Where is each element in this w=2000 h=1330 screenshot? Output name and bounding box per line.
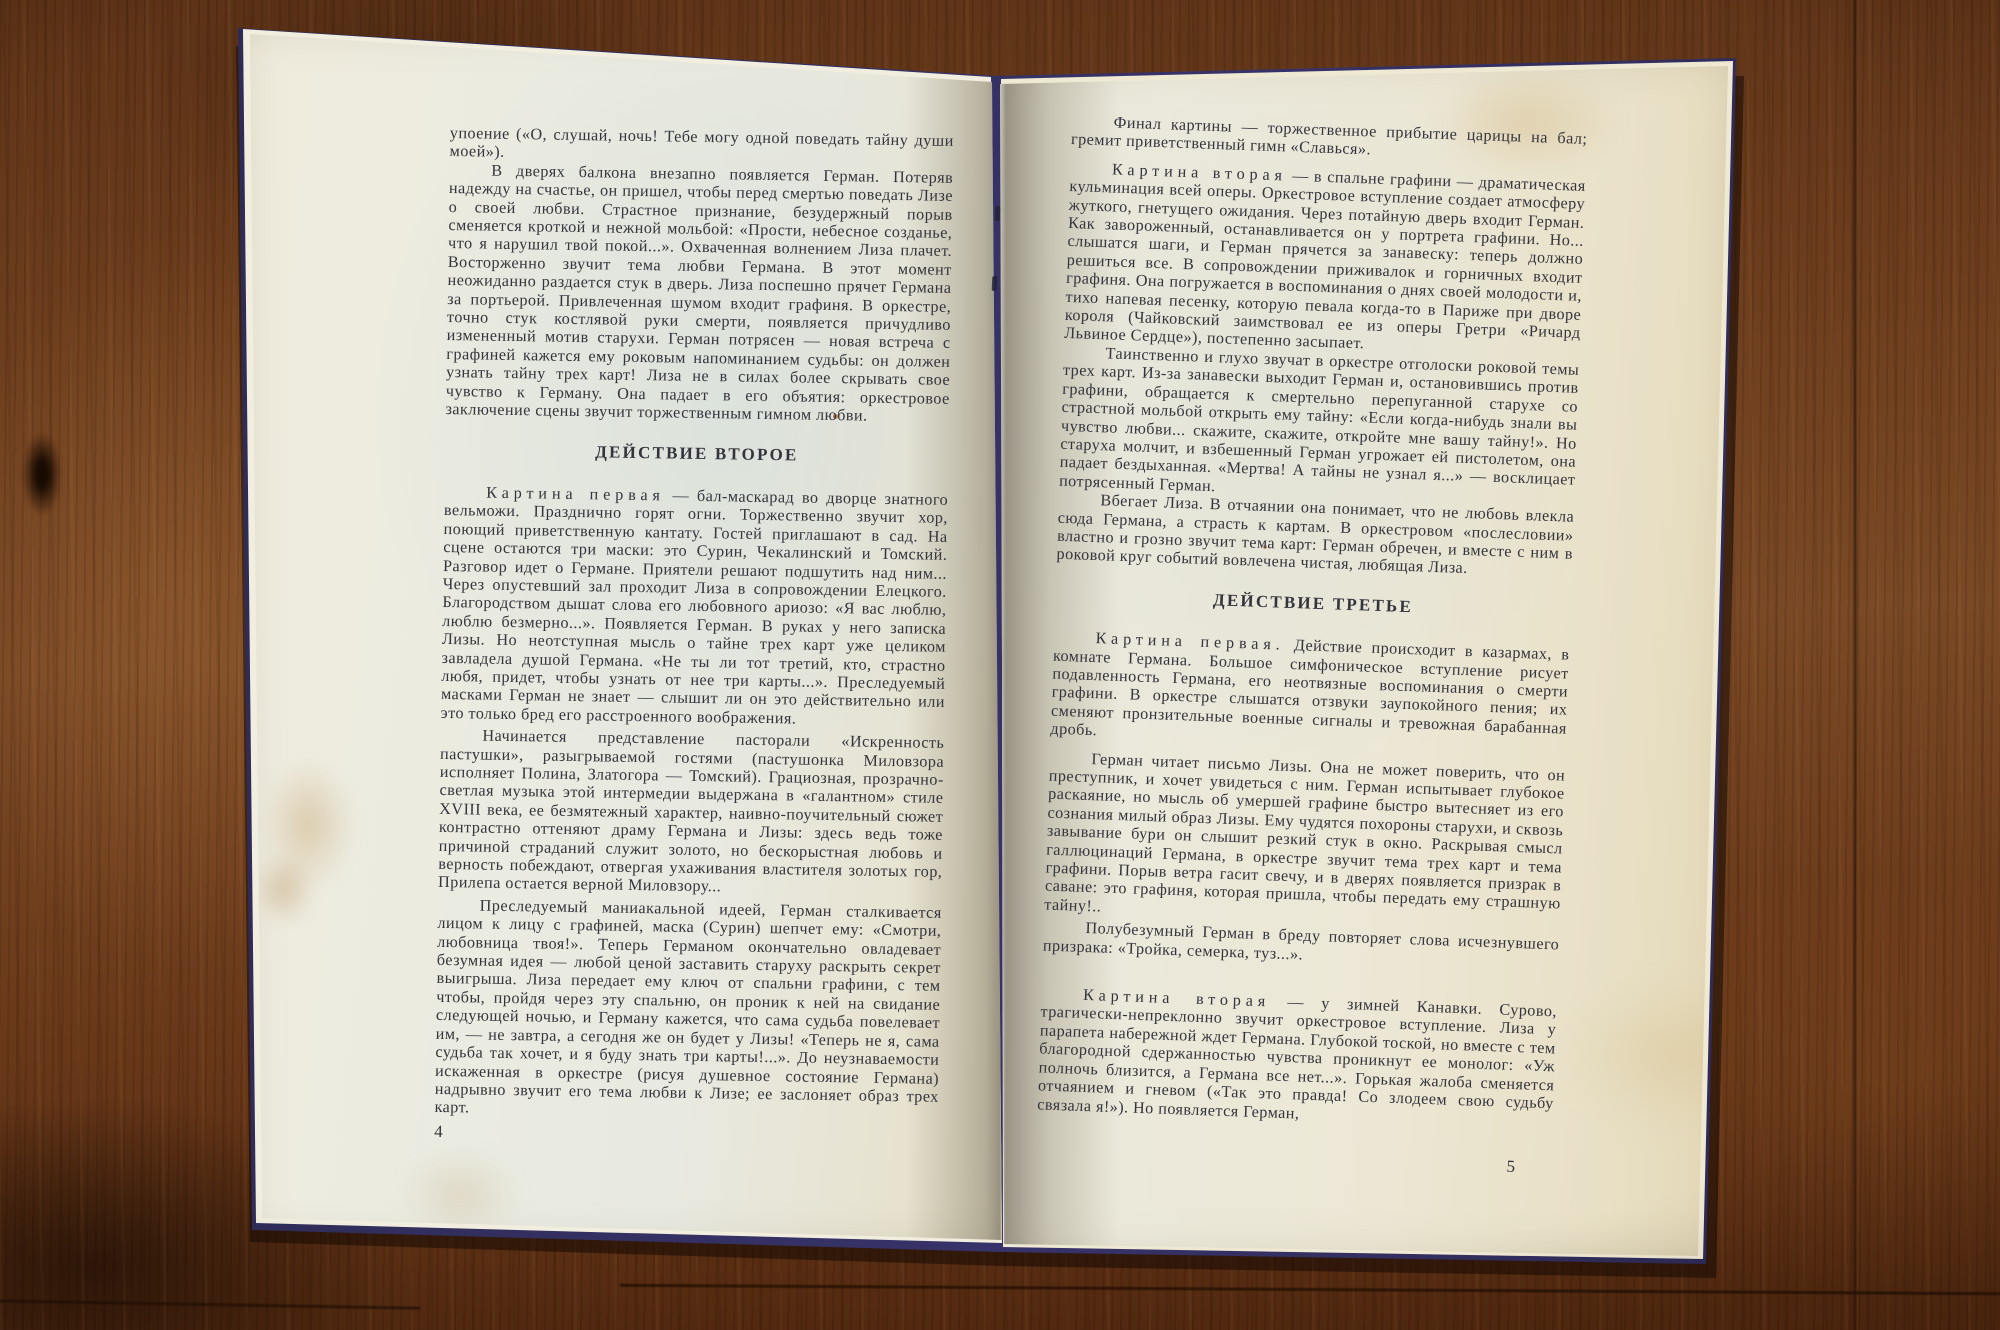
binding-stitch xyxy=(995,206,1001,221)
right-page-text: Финал картины — торжественное прибытие ц… xyxy=(1035,112,1587,1178)
paragraph: Картина вторая — у зимней Канавки. Суров… xyxy=(1037,985,1557,1132)
left-page-text: упоение («О, слушай, ночь! Тебе могу одн… xyxy=(434,124,954,1149)
act-three-heading: ДЕЙСТВИЕ ТРЕТЬЕ xyxy=(1055,585,1571,621)
paragraph: Картина вторая — в спальне графини — дра… xyxy=(1064,159,1586,361)
paragraph: Начинается представление пасторали «Искр… xyxy=(438,726,945,900)
paragraph-text: Действие происходит в казармах, в комнат… xyxy=(1050,636,1570,740)
scene-title: Картина первая xyxy=(486,484,665,505)
paragraph: Таинственно и глухо звучат в оркестре от… xyxy=(1059,343,1580,508)
binding-stitch xyxy=(992,276,998,291)
act-two-heading: ДЕЙСТВИЕ ВТОРОЕ xyxy=(445,440,949,466)
wood-knot xyxy=(22,432,62,516)
paragraph-text: — бал-маскарад во дворце знатного вельмо… xyxy=(441,486,949,727)
photo-scene: упоение («О, слушай, ночь! Тебе могу одн… xyxy=(0,0,2000,1330)
paragraph: Картина первая. Действие происходит в ка… xyxy=(1050,628,1570,756)
paragraph-text: — у зимней Канавки. Сурово, трагически-н… xyxy=(1037,993,1557,1123)
paragraph: Картина первая — бал-маскарад во дворце … xyxy=(441,483,949,730)
paragraph: В дверях балкона внезапно появляется Гер… xyxy=(445,161,953,427)
paragraph: Преследуемый маниакальной идеей, Герман … xyxy=(434,896,941,1125)
paragraph: Герман читает письмо Лизы. Она не может … xyxy=(1044,748,1565,932)
paragraph-text: — в спальне графини — драматическая куль… xyxy=(1064,166,1586,352)
plank-seam xyxy=(1852,0,1859,1330)
